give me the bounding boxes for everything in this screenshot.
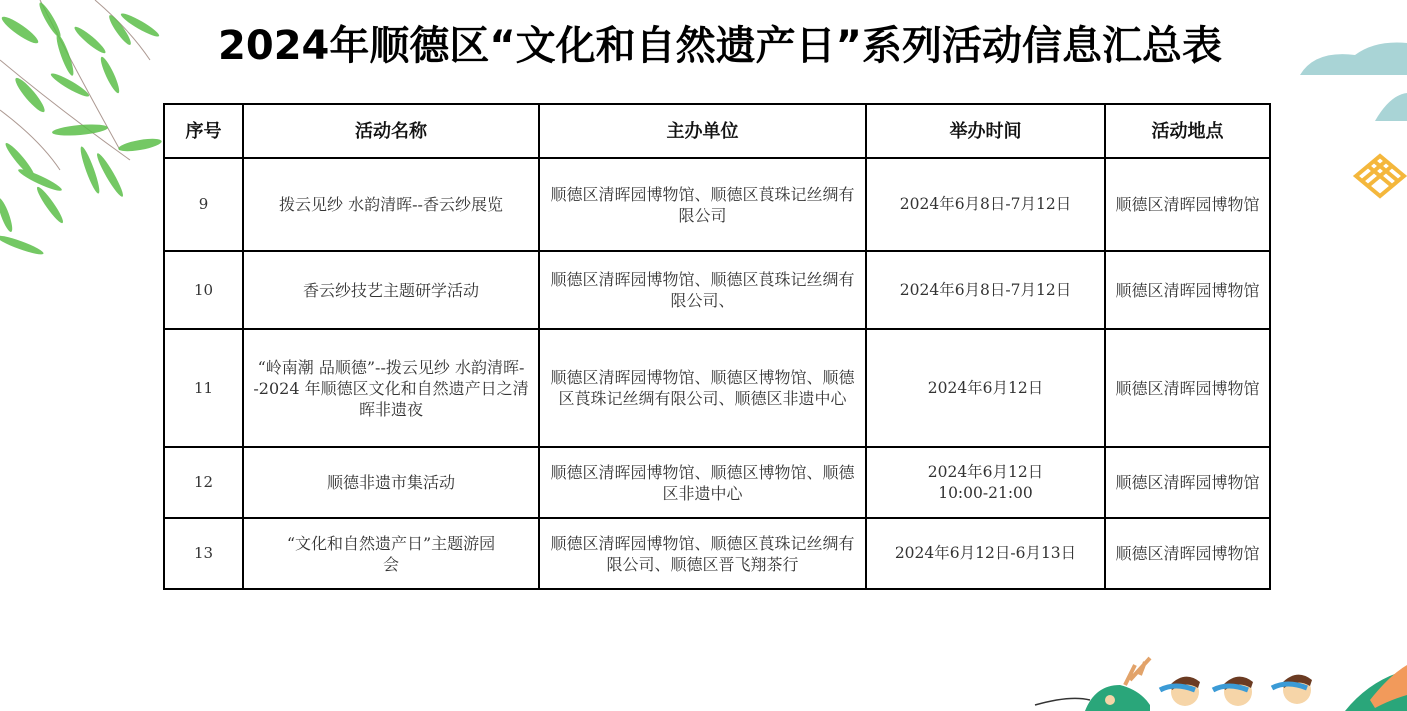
cell-organizer: 顺德区清晖园博物馆、顺德区博物馆、顺德区非遗中心 (539, 447, 866, 518)
header-index: 序号 (164, 104, 243, 158)
table-row: 13 “文化和自然遗产日”主题游园会 顺德区清晖园博物馆、顺德区莨珠记丝绸有限公… (164, 518, 1270, 589)
cell-index: 12 (164, 447, 243, 518)
table-row: 11 “岭南潮 品顺德”--拨云见纱 水韵清晖--2024 年顺德区文化和自然遗… (164, 329, 1270, 447)
header-location: 活动地点 (1105, 104, 1270, 158)
cell-location: 顺德区清晖园博物馆 (1105, 329, 1270, 447)
cell-time: 2024年6月12日 (866, 329, 1105, 447)
header-activity-name: 活动名称 (243, 104, 539, 158)
cell-location: 顺德区清晖园博物馆 (1105, 518, 1270, 589)
cell-organizer: 顺德区清晖园博物馆、顺德区博物馆、顺德区莨珠记丝绸有限公司、顺德区非遗中心 (539, 329, 866, 447)
page-title: 2024年顺德区“文化和自然遗产日”系列活动信息汇总表 (0, 18, 1407, 74)
cell-index: 13 (164, 518, 243, 589)
cell-activity-name: 拨云见纱 水韵清晖--香云纱展览 (243, 158, 539, 251)
cell-time: 2024年6月12日-6月13日 (866, 518, 1105, 589)
cell-time: 2024年6月8日-7月12日 (866, 251, 1105, 329)
cell-organizer: 顺德区清晖园博物馆、顺德区莨珠记丝绸有限公司、 (539, 251, 866, 329)
cell-activity-name: “文化和自然遗产日”主题游园会 (243, 518, 539, 589)
cell-time: 2024年6月12日 10:00-21:00 (866, 447, 1105, 518)
header-time: 举办时间 (866, 104, 1105, 158)
cell-organizer: 顺德区清晖园博物馆、顺德区莨珠记丝绸有限公司、顺德区晋飞翔茶行 (539, 518, 866, 589)
cell-index: 10 (164, 251, 243, 329)
cell-location: 顺德区清晖园博物馆 (1105, 447, 1270, 518)
table-row: 9 拨云见纱 水韵清晖--香云纱展览 顺德区清晖园博物馆、顺德区莨珠记丝绸有限公… (164, 158, 1270, 251)
table-header-row: 序号 活动名称 主办单位 举办时间 活动地点 (164, 104, 1270, 158)
cell-organizer: 顺德区清晖园博物馆、顺德区莨珠记丝绸有限公司 (539, 158, 866, 251)
activity-table: 序号 活动名称 主办单位 举办时间 活动地点 9 拨云见纱 水韵清晖--香云纱展… (163, 103, 1271, 590)
cell-time: 2024年6月8日-7月12日 (866, 158, 1105, 251)
dragon-boat-rowers-icon (1030, 650, 1407, 711)
cell-activity-name: 香云纱技艺主题研学活动 (243, 251, 539, 329)
cell-location: 顺德区清晖园博物馆 (1105, 251, 1270, 329)
cell-index: 9 (164, 158, 243, 251)
golden-knot-icon (1352, 152, 1407, 202)
header-organizer: 主办单位 (539, 104, 866, 158)
table-row: 10 香云纱技艺主题研学活动 顺德区清晖园博物馆、顺德区莨珠记丝绸有限公司、 2… (164, 251, 1270, 329)
cell-activity-name: 顺德非遗市集活动 (243, 447, 539, 518)
cell-activity-name: “岭南潮 品顺德”--拨云见纱 水韵清晖--2024 年顺德区文化和自然遗产日之… (243, 329, 539, 447)
cell-index: 11 (164, 329, 243, 447)
table-row: 12 顺德非遗市集活动 顺德区清晖园博物馆、顺德区博物馆、顺德区非遗中心 202… (164, 447, 1270, 518)
cell-location: 顺德区清晖园博物馆 (1105, 158, 1270, 251)
